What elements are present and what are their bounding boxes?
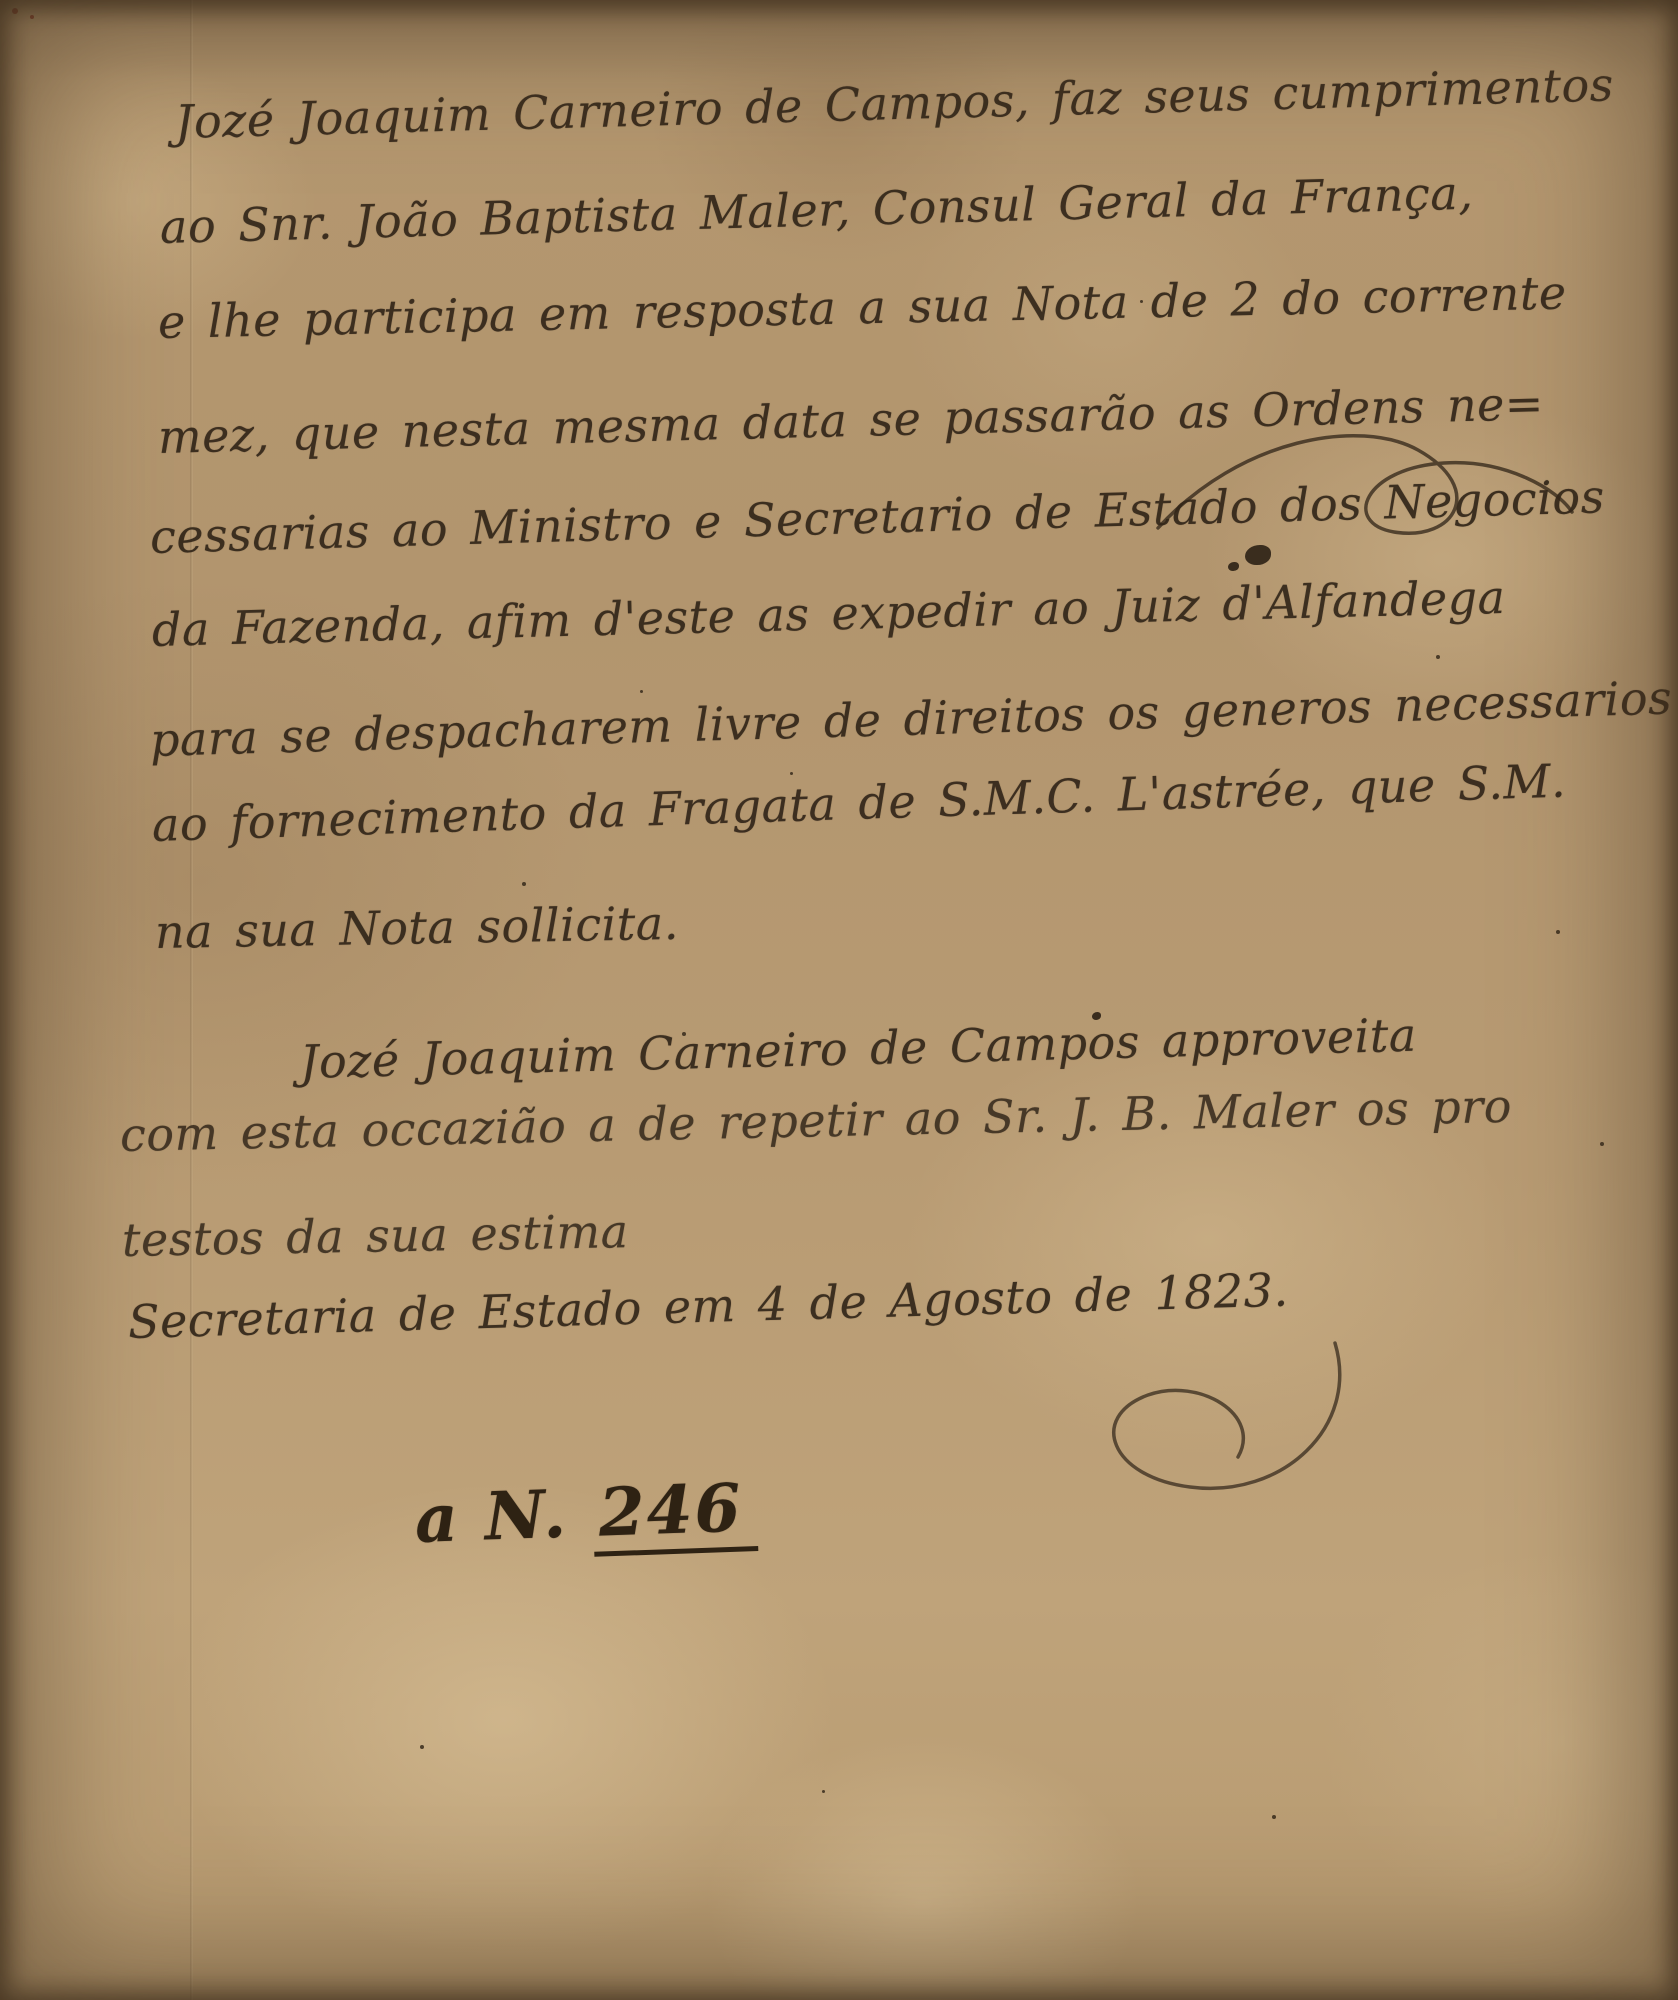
manuscript-line: ao Snr. João Baptista Maler, Consul Gera… [159, 166, 1474, 254]
manuscript-line: Jozé Joaquim Carneiro de Campos, faz seu… [174, 57, 1614, 149]
ink-speck [822, 1790, 825, 1793]
ink-blot [1245, 545, 1271, 565]
docket-prefix: a N. [414, 1475, 569, 1558]
manuscript-line: Jozé Joaquim Carneiro de Campos approvei… [299, 1008, 1417, 1089]
pen-flourish [1030, 1335, 1360, 1510]
ink-speck [1436, 655, 1440, 659]
manuscript-line: na sua Nota sollicita. [155, 896, 680, 959]
ink-blot [1228, 562, 1239, 571]
ink-speck [30, 15, 34, 19]
manuscript-line: para se despacharem livre de direitos os… [149, 670, 1673, 766]
manuscript-line: mez, que nesta mesma data se passarão as… [157, 376, 1544, 464]
ink-speck [12, 8, 18, 14]
manuscript-line: cessarias ao Ministro e Secretario de Es… [149, 469, 1605, 564]
ink-speck [1272, 1815, 1276, 1819]
manuscript-line: Secretaria de Estado em 4 de Agosto de 1… [127, 1263, 1289, 1349]
ink-speck [1556, 930, 1560, 934]
ink-speck [420, 1745, 424, 1749]
docket-number-line: a N. 246 [414, 1468, 758, 1558]
manuscript-line: da Fazenda, afim d'este as expedir ao Ju… [151, 570, 1506, 657]
ink-speck [640, 690, 643, 693]
manuscript-line: e lhe participa em resposta a sua Nota d… [157, 266, 1567, 349]
manuscript-line: testos da sua estima [122, 1204, 629, 1267]
ink-speck [1600, 1142, 1604, 1146]
manuscript-line: com esta occazião a de repetir ao Sr. J.… [119, 1079, 1512, 1162]
manuscript-line: ao fornecimento da Fragata de S.M.C. L'a… [151, 754, 1567, 852]
docket-number: 246 [591, 1468, 758, 1557]
ink-speck [522, 882, 526, 886]
ink-speck [790, 772, 793, 775]
manuscript-page: Jozé Joaquim Carneiro de Campos, faz seu… [0, 0, 1678, 2000]
